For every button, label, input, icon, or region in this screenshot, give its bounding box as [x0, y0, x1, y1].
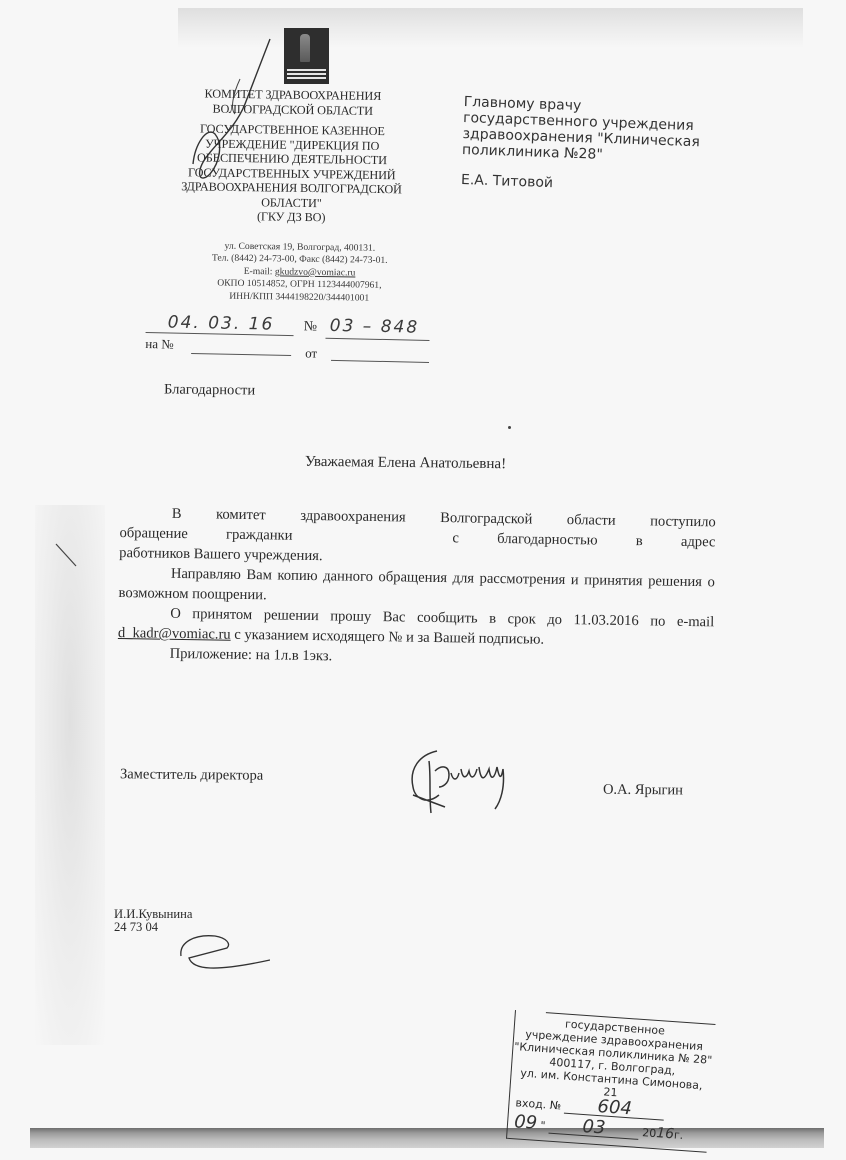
org-inn: ИНН/КПП 3444198220/344401001 — [177, 290, 421, 306]
stamp-day: 09 — [513, 1111, 537, 1134]
stamp-month: 03 — [582, 1116, 606, 1139]
org-email-link[interactable]: gkudzvo@vomiac.ru — [275, 266, 356, 278]
scan-mark-icon — [52, 540, 82, 570]
signer-title: Заместитель директора — [120, 766, 263, 784]
scan-speck — [508, 426, 511, 429]
ref-number-field — [191, 353, 291, 356]
salutation: Уважаемая Елена Анатольевна! — [305, 454, 506, 473]
ref-date-field — [331, 360, 429, 363]
institution-abbr: (ГКУ ДЗ ВО) — [163, 208, 419, 226]
incoming-stamp: государственное учреждение здравоохранен… — [506, 1010, 716, 1153]
from-label: от — [305, 345, 317, 361]
reply-email-link[interactable]: d_kadr@vomiac.ru — [118, 625, 231, 643]
emblem-icon — [284, 28, 329, 84]
stamp-incoming-number: 604 — [597, 1096, 633, 1119]
addressee-name: Е.А. Титовой — [461, 172, 761, 198]
handwritten-signature-icon — [405, 747, 525, 817]
registration-block: 04. 03. 16 № 03 – 848 на № от — [145, 312, 436, 378]
outgoing-date: 04. 03. 16 — [168, 312, 275, 334]
ref-label: на № — [145, 336, 174, 353]
signer-name: О.А. Ярыгин — [603, 782, 683, 800]
letterhead-org: КОМИТЕТ ЗДРАВООХРАНЕНИЯ ВОЛГОГРАДСКОЙ ОБ… — [163, 86, 421, 226]
initials-mark-icon — [175, 930, 270, 975]
addressee-block: Главному врачу государственного учрежден… — [461, 94, 764, 198]
outgoing-number: 03 – 848 — [330, 316, 420, 338]
stamp-year: 16 — [656, 1125, 675, 1142]
letterhead-contacts: ул. Советская 19, Волгоград, 400131. Тел… — [177, 240, 422, 305]
redacted-name — [292, 540, 452, 543]
scan-shadow-left — [35, 505, 105, 1045]
number-label: № — [304, 319, 318, 335]
letter-subject: Благодарности — [164, 381, 255, 399]
letter-body: В комитет здравоохранения Волгоградской … — [117, 503, 715, 672]
